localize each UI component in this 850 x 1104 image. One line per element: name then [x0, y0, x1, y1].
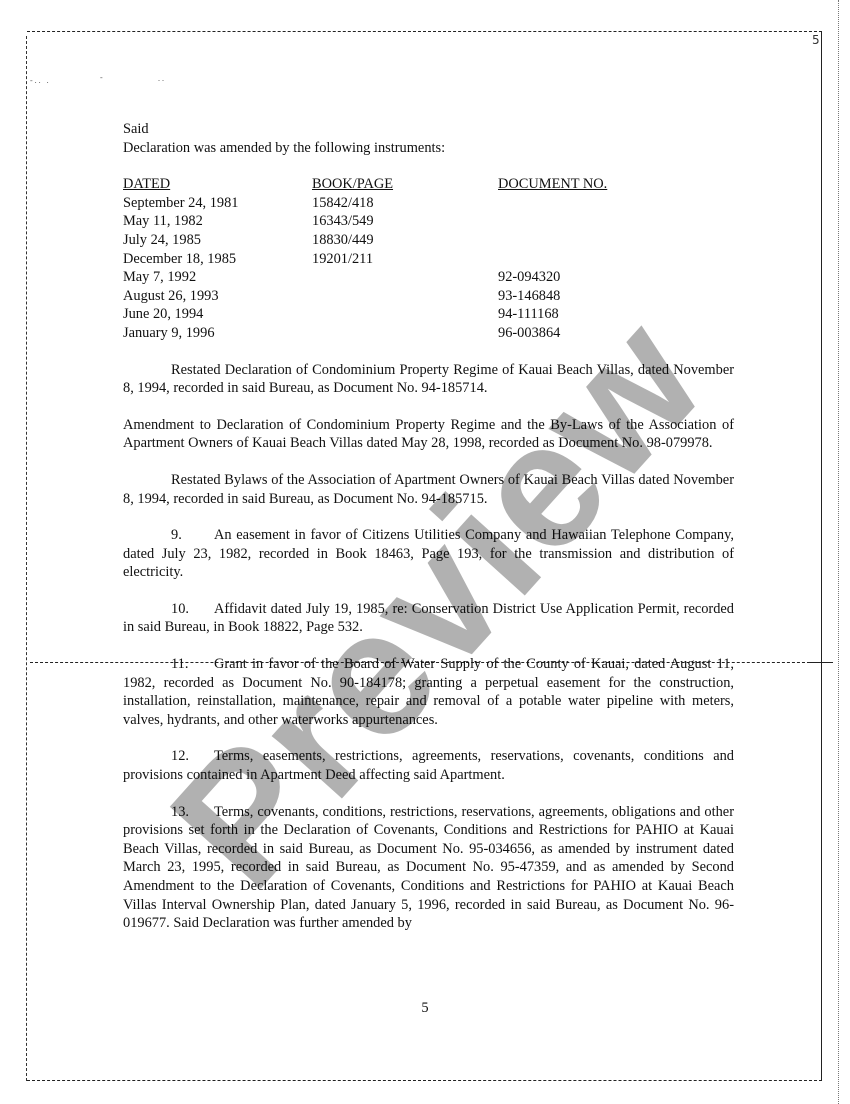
- scan-border-right: [821, 32, 822, 1081]
- amendment-bylaws-paragraph: Amendment to Declaration of Condominium …: [123, 416, 734, 453]
- table-header-row: DATED BOOK/PAGE DOCUMENT NO.: [123, 175, 734, 194]
- table-row: August 26, 199393-146848: [123, 287, 734, 306]
- list-item: 11.Grant in favor of the Board of Water …: [123, 655, 734, 729]
- intro-line-2: Declaration was amended by the following…: [123, 139, 734, 158]
- cell-dated: June 20, 1994: [123, 305, 312, 324]
- table-row: September 24, 198115842/418: [123, 194, 734, 213]
- header-dated: DATED: [123, 175, 312, 194]
- item-text: An easement in favor of Citizens Utiliti…: [123, 527, 734, 580]
- item-number: 9.: [171, 526, 214, 545]
- list-item: 13.Terms, covenants, conditions, restric…: [123, 803, 734, 933]
- intro-line-1: Said: [123, 120, 734, 139]
- cell-book-page: 16343/549: [312, 212, 498, 231]
- table-row: May 11, 198216343/549: [123, 212, 734, 231]
- table-row: January 9, 199696-003864: [123, 324, 734, 343]
- item-text: Affidavit dated July 19, 1985, re: Conse…: [123, 601, 734, 636]
- item-number: 10.: [171, 600, 214, 619]
- document-body: Said Declaration was amended by the foll…: [123, 120, 734, 951]
- item-number: 12.: [171, 747, 214, 766]
- item-text: Terms, covenants, conditions, restrictio…: [123, 804, 734, 932]
- cell-dated: July 24, 1985: [123, 231, 312, 250]
- cell-document-no: 94-111168: [498, 305, 734, 324]
- table-row: July 24, 198518830/449: [123, 231, 734, 250]
- header-document-no: DOCUMENT NO.: [498, 175, 734, 194]
- cell-book-page: 19201/211: [312, 250, 498, 269]
- cell-dated: January 9, 1996: [123, 324, 312, 343]
- cell-document-no: 96-003864: [498, 324, 734, 343]
- cell-document-no: [498, 231, 734, 250]
- cell-dated: May 11, 1982: [123, 212, 312, 231]
- table-row: December 18, 198519201/211: [123, 250, 734, 269]
- scan-border-bottom: [27, 1080, 822, 1081]
- cell-document-no: [498, 194, 734, 213]
- table-row: June 20, 199494-111168: [123, 305, 734, 324]
- instruments-table: DATED BOOK/PAGE DOCUMENT NO. September 2…: [123, 175, 734, 342]
- list-item: 9.An easement in favor of Citizens Utili…: [123, 526, 734, 582]
- item-text: Terms, easements, restrictions, agreemen…: [123, 748, 734, 783]
- page-fold-mark: [808, 662, 833, 663]
- cell-book-page: 18830/449: [312, 231, 498, 250]
- list-item: 12.Terms, easements, restrictions, agree…: [123, 747, 734, 784]
- list-item: 10.Affidavit dated July 19, 1985, re: Co…: [123, 600, 734, 637]
- restated-declaration-paragraph: Restated Declaration of Condominium Prop…: [123, 361, 734, 398]
- scan-speck: ..: [158, 74, 166, 83]
- item-number: 11.: [171, 655, 214, 674]
- cell-book-page: [312, 305, 498, 324]
- header-book-page: BOOK/PAGE: [312, 175, 498, 194]
- page-number: 5: [0, 1000, 850, 1017]
- corner-page-number: 5: [812, 33, 820, 47]
- cell-document-no: 93-146848: [498, 287, 734, 306]
- scan-speck: -: [100, 73, 105, 82]
- numbered-items-list: 9.An easement in favor of Citizens Utili…: [123, 526, 734, 933]
- scan-border-right-outer: [838, 0, 839, 1104]
- restated-bylaws-paragraph: Restated Bylaws of the Association of Ap…: [123, 471, 734, 508]
- cell-book-page: [312, 324, 498, 343]
- cell-dated: September 24, 1981: [123, 194, 312, 213]
- cell-dated: August 26, 1993: [123, 287, 312, 306]
- cell-book-page: [312, 287, 498, 306]
- cell-dated: December 18, 1985: [123, 250, 312, 269]
- scan-speck: -.. .: [30, 76, 51, 85]
- cell-book-page: 15842/418: [312, 194, 498, 213]
- table-row: May 7, 199292-094320: [123, 268, 734, 287]
- scan-border-top: [27, 31, 822, 32]
- item-text: Grant in favor of the Board of Water Sup…: [123, 656, 734, 728]
- cell-dated: May 7, 1992: [123, 268, 312, 287]
- scan-border-left: [26, 36, 27, 1081]
- cell-book-page: [312, 268, 498, 287]
- item-number: 13.: [171, 803, 214, 822]
- cell-document-no: [498, 212, 734, 231]
- cell-document-no: 92-094320: [498, 268, 734, 287]
- cell-document-no: [498, 250, 734, 269]
